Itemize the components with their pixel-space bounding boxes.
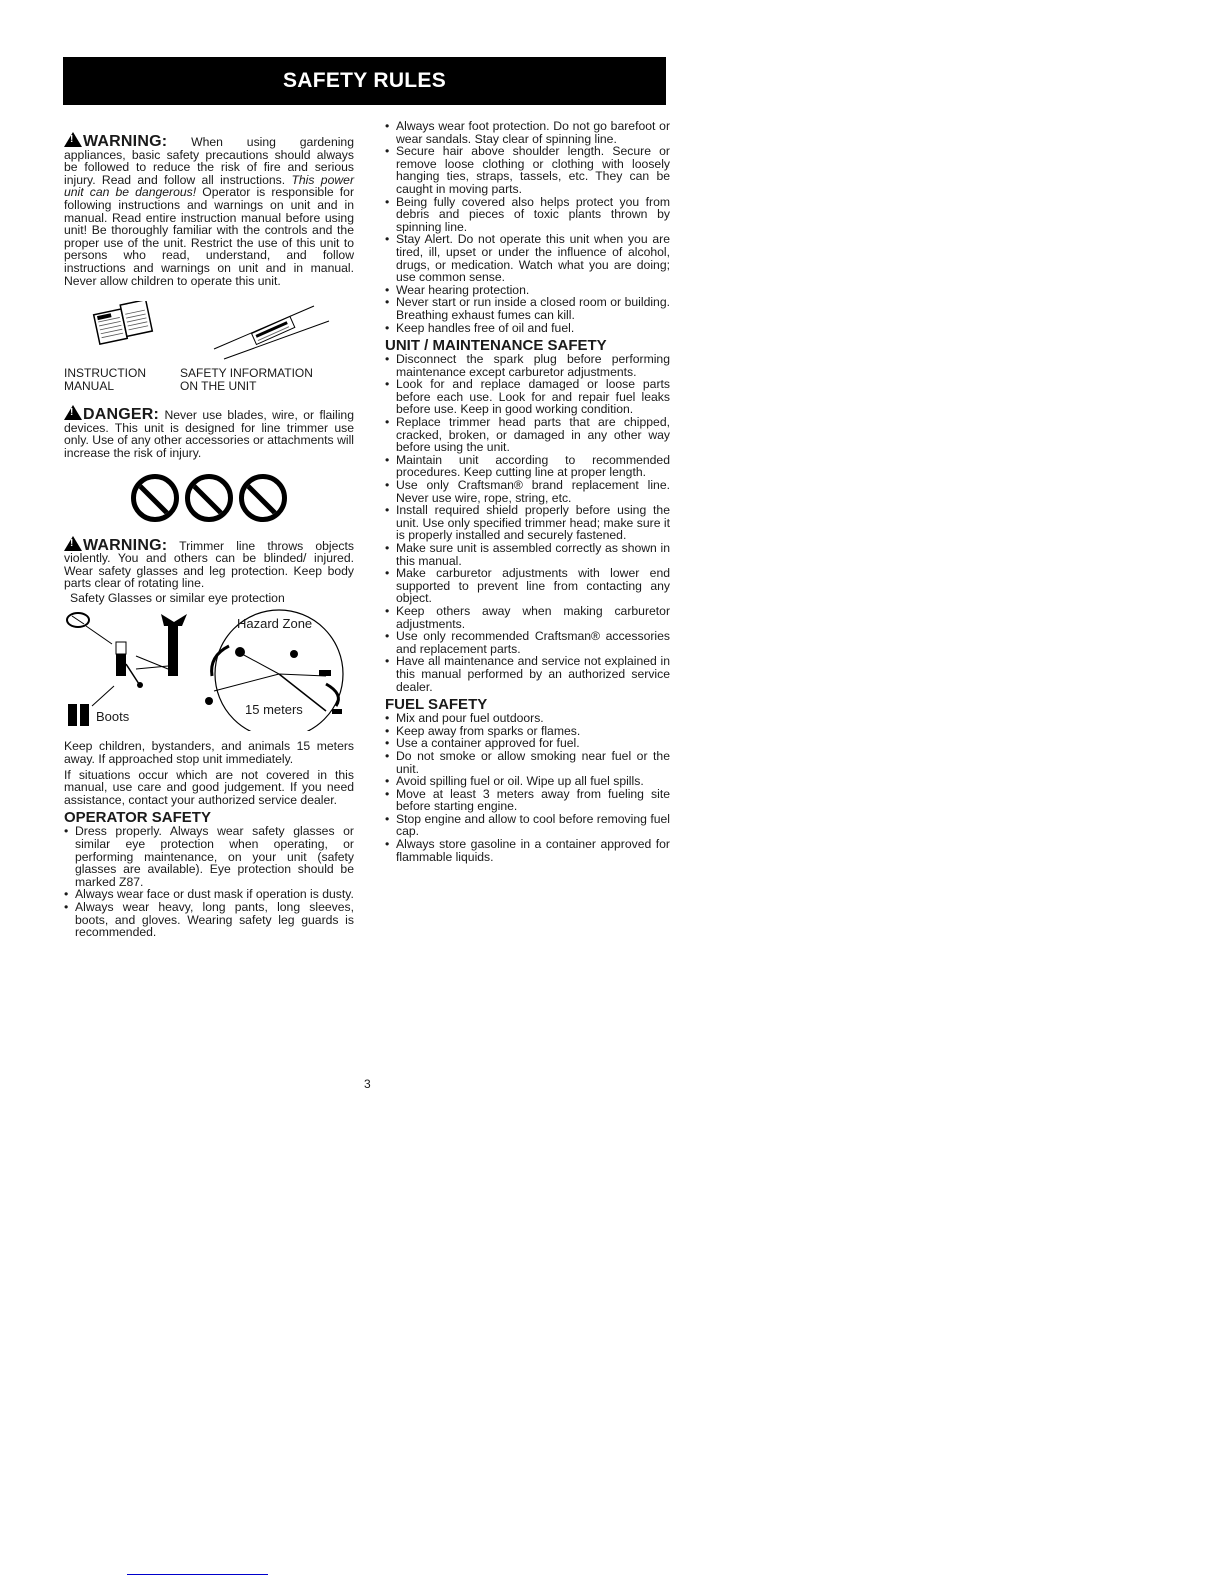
distance-label: 15 meters <box>245 704 303 717</box>
maintenance-safety-title: UNIT / MAINTENANCE SAFETY <box>385 338 670 353</box>
warning-triangle-icon <box>64 536 82 551</box>
list-item: Use only Craftsman® brand replacement li… <box>385 479 670 504</box>
list-item: Always wear heavy, long pants, long slee… <box>64 901 354 939</box>
operator-safety-list: Dress properly. Always wear safety glass… <box>64 825 354 938</box>
no-blade-icon <box>131 474 179 522</box>
manual-label: INSTRUCTION MANUAL <box>64 367 180 392</box>
figure-labels: INSTRUCTION MANUAL SAFETY INFORMATION ON… <box>64 367 354 392</box>
danger-notice: DANGER: Never use blades, wire, or flail… <box>64 405 354 459</box>
warning-general: WARNING: When using gardening appliances… <box>64 132 354 287</box>
list-item: Mix and pour fuel outdoors. <box>385 712 670 725</box>
operator-safety-title: OPERATOR SAFETY <box>64 810 354 825</box>
hazard-zone-figure: Hazard Zone 15 meters Boots <box>64 606 354 731</box>
glasses-label: Safety Glasses or similar eye protection <box>64 592 354 605</box>
goggles-icon <box>67 613 89 627</box>
warning-triangle-icon <box>64 132 82 147</box>
bystander-paragraph: Keep children, bystanders, and animals 1… <box>64 740 354 765</box>
left-column: WARNING: When using gardening appliances… <box>64 120 354 939</box>
list-item: Make carburetor adjustments with lower e… <box>385 567 670 605</box>
list-item: Use only recommended Craftsman® accessor… <box>385 630 670 655</box>
fuel-safety-title: FUEL SAFETY <box>385 697 670 712</box>
operator-safety-list-continued: Always wear foot protection. Do not go b… <box>385 120 670 334</box>
list-item: Dress properly. Always wear safety glass… <box>64 825 354 888</box>
list-item: Always store gasoline in a container app… <box>385 838 670 863</box>
prohibited-attachments <box>64 474 354 522</box>
page-number: 3 <box>364 1077 371 1091</box>
list-item: Look for and replace damaged or loose pa… <box>385 378 670 416</box>
instruction-manual-icon <box>64 301 179 361</box>
list-item: Maintain unit according to recommended p… <box>385 454 670 479</box>
list-item: Install required shield properly before … <box>385 504 670 542</box>
list-item: Avoid spilling fuel or oil. Wipe up all … <box>385 775 670 788</box>
no-disc-icon <box>239 474 287 522</box>
hazard-zone-label: Hazard Zone <box>237 618 312 631</box>
link-underline[interactable] <box>127 1574 268 1575</box>
list-item: Make sure unit is assembled correctly as… <box>385 542 670 567</box>
danger-triangle-icon <box>64 405 82 420</box>
list-item: Replace trimmer head parts that are chip… <box>385 416 670 454</box>
warning-text-2: Operator is responsible for following in… <box>64 185 354 287</box>
list-item: Keep handles free of oil and fuel. <box>385 322 670 335</box>
list-item: Stay Alert. Do not operate this unit whe… <box>385 233 670 283</box>
list-item: Never start or run inside a closed room … <box>385 296 670 321</box>
safety-figures <box>64 301 354 361</box>
unit-label: SAFETY INFORMATION ON THE UNIT <box>180 367 313 392</box>
page-title: SAFETY RULES <box>283 69 446 93</box>
warning-trimmer-line: WARNING: Trimmer line throws objects vio… <box>64 536 354 590</box>
list-item: Secure hair above shoulder length. Secur… <box>385 145 670 195</box>
right-column: Always wear foot protection. Do not go b… <box>385 120 670 863</box>
list-item: Move at least 3 meters away from fueling… <box>385 788 670 813</box>
list-item: Disconnect the spark plug before perform… <box>385 353 670 378</box>
page-banner: SAFETY RULES <box>63 57 666 105</box>
list-item: Being fully covered also helps protect y… <box>385 196 670 234</box>
list-item: Stop engine and allow to cool before rem… <box>385 813 670 838</box>
list-item: Have all maintenance and service not exp… <box>385 655 670 693</box>
assistance-paragraph: If situations occur which are not covere… <box>64 769 354 807</box>
fuel-safety-list: Mix and pour fuel outdoors. Keep away fr… <box>385 712 670 863</box>
list-item: Always wear foot protection. Do not go b… <box>385 120 670 145</box>
maintenance-safety-list: Disconnect the spark plug before perform… <box>385 353 670 693</box>
no-flail-icon <box>185 474 233 522</box>
unit-decal-icon <box>204 301 354 361</box>
list-item: Do not smoke or allow smoking near fuel … <box>385 750 670 775</box>
boots-label: Boots <box>96 711 129 724</box>
list-item: Keep others away when making carburetor … <box>385 605 670 630</box>
